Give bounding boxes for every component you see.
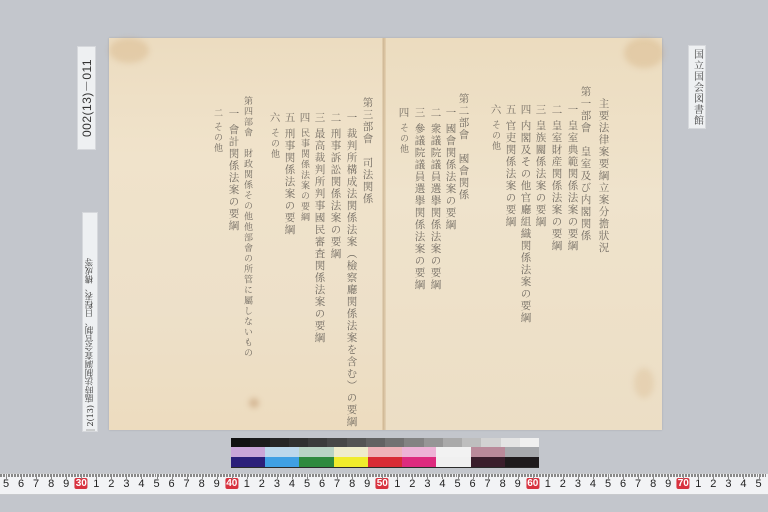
item-num: 三	[414, 107, 425, 119]
ruler-number: 3	[575, 478, 581, 490]
dark-color-patch	[402, 457, 436, 467]
item-text: 國會関係法案の要綱	[445, 123, 456, 231]
item-num: 四	[299, 112, 310, 124]
ruler-tick	[765, 474, 766, 477]
gray-patch	[443, 438, 462, 447]
item-text: 内閣及その他官廳組織関係法案の要綱	[520, 120, 531, 324]
item-num: 一	[228, 108, 239, 120]
gray-patch	[327, 438, 346, 447]
dark-color-row	[231, 457, 539, 467]
gray-patch	[462, 438, 481, 447]
ruler-number: 30	[75, 478, 88, 489]
dark-color-patch	[471, 457, 505, 467]
color-calibration-chart	[231, 438, 539, 468]
gray-patch	[385, 438, 404, 447]
ruler-number: 4	[289, 478, 295, 490]
ruler-number: 1	[244, 478, 250, 490]
section-title: 第二部會 國會関係	[458, 93, 469, 201]
item-text: 民事関係法案の要綱	[299, 128, 308, 223]
dark-color-patch	[368, 457, 402, 467]
ruler-number: 5	[454, 478, 460, 490]
dark-color-patch	[299, 457, 333, 467]
ruler-number: 2	[409, 478, 415, 490]
page-fold	[382, 38, 386, 430]
ruler-number: 8	[349, 478, 355, 490]
dark-color-patch	[334, 457, 368, 467]
item-num: 一	[346, 112, 357, 124]
gray-patch	[366, 438, 385, 447]
ruler-number: 7	[33, 478, 39, 490]
gray-patch	[250, 438, 269, 447]
item-num: 六	[269, 112, 280, 124]
item-text: 會計関係法案の要綱	[228, 124, 239, 232]
ruler-number: 1	[394, 478, 400, 490]
item-num: 二	[430, 107, 441, 119]
item-text: 衆議院議員選擧関係法案の要綱	[430, 123, 441, 291]
light-color-patch	[505, 447, 539, 457]
section-title: 第一部會 皇室及び内閣関係	[580, 86, 591, 242]
measuring-ruler: 5678930123456789401234567895012345678960…	[0, 473, 768, 495]
ruler-number: 9	[214, 478, 220, 490]
library-label: 国立国会図書館	[688, 45, 706, 129]
ruler-number: 1	[695, 478, 701, 490]
ruler-number: 3	[123, 478, 129, 490]
ruler-number: 50	[376, 478, 389, 489]
ruler-number: 5	[304, 478, 310, 490]
section-title: 第四部會 財政関係その他他部會の所管に屬しないもの	[242, 96, 251, 359]
item-num: 二	[551, 104, 562, 116]
ruler-number: 40	[225, 478, 238, 489]
item-num: 三	[535, 104, 546, 116]
gray-patch	[308, 438, 327, 447]
dark-color-patch	[231, 457, 265, 467]
gray-patch	[231, 438, 250, 447]
gray-patch	[347, 438, 366, 447]
item-text: 刑事訴訟関係法案の要綱	[330, 128, 341, 260]
ruler-number: 5	[3, 478, 9, 490]
light-color-patch	[436, 447, 470, 457]
ruler-number: 1	[93, 478, 99, 490]
ruler-number: 70	[677, 478, 690, 489]
ruler-number: 8	[199, 478, 205, 490]
item-num: 五	[284, 112, 295, 124]
item-num: 三	[314, 112, 325, 124]
light-color-patch	[368, 447, 402, 457]
item-text: 皇室典範関係法案の要綱	[567, 120, 578, 252]
ruler-number: 4	[740, 478, 746, 490]
item-num: 四	[398, 107, 409, 119]
ruler-number: 7	[334, 478, 340, 490]
item-text: 官吏関係法案の要綱	[505, 120, 516, 228]
item-text: その他	[212, 122, 221, 154]
light-color-patch	[299, 447, 333, 457]
item-text: 皇族關係法案の要綱	[535, 120, 546, 228]
item-num: 一	[445, 107, 456, 119]
call-number-label: 002(13)－011	[77, 46, 96, 150]
ruler-number: 6	[319, 478, 325, 490]
ruler-number: 9	[364, 478, 370, 490]
light-color-patch	[471, 447, 505, 457]
ruler-number: 2	[108, 478, 114, 490]
ruler-number: 5	[153, 478, 159, 490]
ruler-number: 60	[526, 478, 539, 489]
gray-patch	[424, 438, 443, 447]
item-text: 參議院議員選擧関係法案の要綱	[414, 123, 425, 291]
item-num: 六	[490, 104, 501, 116]
ruler-number: 2	[560, 478, 566, 490]
doc-heading: 主要法律案要綱立案分擔狀況	[598, 98, 609, 254]
ruler-number: 3	[274, 478, 280, 490]
ruler-number: 6	[469, 478, 475, 490]
ruler-number: 7	[184, 478, 190, 490]
ruler-number: 9	[665, 478, 671, 490]
ruler-number: 6	[168, 478, 174, 490]
ruler-number: 4	[138, 478, 144, 490]
call-number-text: 002(13)－011	[78, 59, 95, 137]
ruler-number: 8	[48, 478, 54, 490]
gray-scale-row	[231, 438, 539, 447]
gray-patch	[270, 438, 289, 447]
ruler-number: 2	[710, 478, 716, 490]
item-text: その他	[398, 123, 407, 155]
item-num: 二	[212, 108, 221, 119]
light-color-patch	[231, 447, 265, 457]
dark-color-patch	[436, 457, 470, 467]
item-num: 四	[520, 104, 531, 116]
section-title: 第三部會 司法関係	[362, 97, 373, 205]
ruler-number: 1	[545, 478, 551, 490]
ruler-number: 3	[725, 478, 731, 490]
ruler-number: 5	[755, 478, 761, 490]
light-color-patch	[402, 447, 436, 457]
item-num: 二	[330, 112, 341, 124]
ruler-number: 2	[259, 478, 265, 490]
item-num: 一	[567, 104, 578, 116]
item-text: 裁判所構成法関係法案（檢察廳関係法案を含む）の要綱	[346, 128, 357, 428]
ruler-number: 6	[620, 478, 626, 490]
ruler-number: 7	[485, 478, 491, 490]
series-code: 2(13)	[86, 402, 95, 431]
ruler-number: 9	[63, 478, 69, 490]
ruler-number: 8	[500, 478, 506, 490]
gray-patch	[520, 438, 539, 447]
ruler-number: 7	[635, 478, 641, 490]
item-num: 五	[505, 104, 516, 116]
series-label: 臨時法制調査会官制、日程表、構成等 2(13)	[82, 212, 98, 432]
ruler-number: 4	[590, 478, 596, 490]
series-title: 臨時法制調査会官制、日程表、構成等	[84, 254, 96, 403]
light-color-patch	[334, 447, 368, 457]
item-text: その他	[269, 128, 278, 160]
gray-patch	[289, 438, 308, 447]
ruler-number: 9	[515, 478, 521, 490]
item-text: 最高裁判所判事國民審査関係法案の要綱	[314, 128, 325, 344]
item-text: その他	[490, 120, 499, 152]
gray-patch	[481, 438, 500, 447]
dark-color-patch	[265, 457, 299, 467]
dark-color-patch	[505, 457, 539, 467]
light-color-row	[231, 447, 539, 457]
item-text: 皇室財産関係法案の要綱	[551, 120, 562, 252]
gray-patch	[404, 438, 423, 447]
ruler-number: 8	[650, 478, 656, 490]
gray-patch	[501, 438, 520, 447]
ruler-number: 6	[18, 478, 24, 490]
ruler-number: 3	[424, 478, 430, 490]
ruler-number: 4	[439, 478, 445, 490]
item-text: 刑事関係法案の要綱	[284, 128, 295, 236]
library-name: 国立国会図書館	[690, 49, 705, 126]
ruler-number: 5	[605, 478, 611, 490]
light-color-patch	[265, 447, 299, 457]
